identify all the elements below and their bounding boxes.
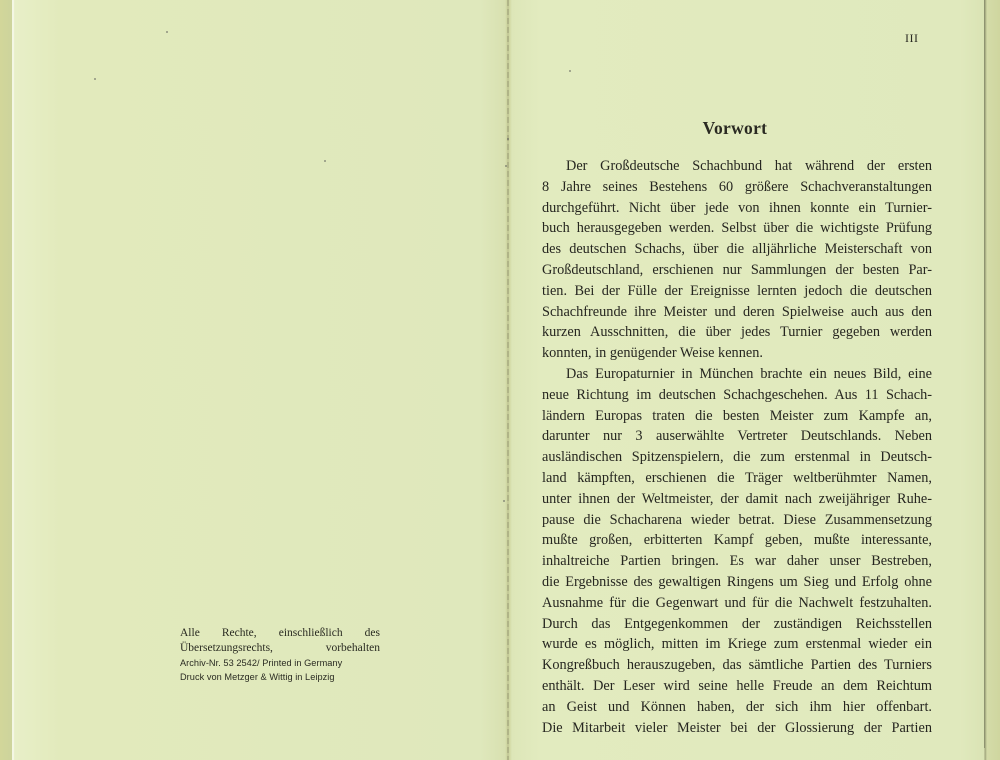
text-line: neue Richtung im deutschen Schachgescheh… bbox=[542, 385, 932, 406]
text-line: Großdeutschland, erschienen nur Sammlung… bbox=[542, 260, 932, 281]
text-line: darunter nur 3 auserwählte Vertreter Deu… bbox=[542, 426, 932, 447]
text-line: tien. Bei der Fülle der Ereignisse lernt… bbox=[542, 281, 932, 302]
text-line: enthält. Der Leser wird seine helle Freu… bbox=[542, 676, 932, 697]
page-title: Vorwort bbox=[509, 118, 961, 139]
right-page: III Vorwort Der Großdeutsche Schachbund … bbox=[509, 0, 984, 760]
page-edge-right bbox=[984, 0, 985, 748]
paper-speck bbox=[166, 31, 168, 33]
foreword-text: Der Großdeutsche Schachbund hat während … bbox=[542, 156, 932, 738]
paper-speck bbox=[94, 78, 96, 80]
page-number: III bbox=[905, 31, 919, 46]
text-line: kurzen Ausschnitten, die über jedes Turn… bbox=[542, 322, 932, 343]
text-line: an Geist und Können haben, der sich ihm … bbox=[542, 697, 932, 718]
text-line: mußte großen, erbitterten Kampf geben, m… bbox=[542, 530, 932, 551]
text-line: Der Großdeutsche Schachbund hat während … bbox=[542, 156, 932, 177]
book-spread: Alle Rechte, einschließlich des Übersetz… bbox=[0, 0, 1000, 760]
text-line: ausländischen Spitzenspielern, die zum e… bbox=[542, 447, 932, 468]
text-line: Schachfreunde ihre Meister und deren Spi… bbox=[542, 302, 932, 323]
text-line: Die Mitarbeit vieler Meister bei der Glo… bbox=[542, 718, 932, 739]
text-line: 8 Jahre seines Bestehens 60 größere Scha… bbox=[542, 177, 932, 198]
imprint-rights-line: Alle Rechte, einschließlich des bbox=[180, 626, 380, 641]
paper-speck bbox=[324, 160, 326, 162]
text-line: unter ihnen der Weltmeister, der damit n… bbox=[542, 489, 932, 510]
left-page: Alle Rechte, einschließlich des Übersetz… bbox=[14, 0, 507, 760]
text-line: buch herausgegeben werden. Selbst über d… bbox=[542, 218, 932, 239]
paper-speck bbox=[503, 500, 505, 502]
imprint-printer: Druck von Metzger & Wittig in Leipzig bbox=[180, 670, 380, 684]
text-line: land kämpften, erschienen die Träger wel… bbox=[542, 468, 932, 489]
paper-speck bbox=[569, 70, 571, 72]
paper-speck bbox=[507, 138, 509, 140]
text-line: pause die Schacharena wieder betrat. Die… bbox=[542, 510, 932, 531]
text-line: inhaltreiche Partien bringen. Es war dah… bbox=[542, 551, 932, 572]
text-line: des deutschen Schachs, über die alljährl… bbox=[542, 239, 932, 260]
copyright-imprint: Alle Rechte, einschließlich des Übersetz… bbox=[180, 626, 380, 684]
text-line: die Ergebnisse des gewaltigen Ringens um… bbox=[542, 572, 932, 593]
text-line: konnten, in genügender Weise kennen. bbox=[542, 343, 932, 364]
text-line: Ausnahme für die Gegenwart und für die N… bbox=[542, 593, 932, 614]
text-line: wurde es möglich, mitten im Kriege zum e… bbox=[542, 634, 932, 655]
text-line: Das Europaturnier in München brachte ein… bbox=[542, 364, 932, 385]
paper-speck bbox=[505, 165, 507, 167]
text-line: durchgeführt. Nicht über jede von ihnen … bbox=[542, 198, 932, 219]
text-line: Kongreßbuch herauszugeben, das sämtliche… bbox=[542, 655, 932, 676]
text-line: Durch das Entgegenkommen der zuständigen… bbox=[542, 614, 932, 635]
imprint-translation-line: Übersetzungsrechts, vorbehalten bbox=[180, 641, 380, 656]
imprint-archive-number: Archiv-Nr. 53 2542/ Printed in Germany bbox=[180, 656, 380, 670]
text-line: ländern Europas traten die besten Meiste… bbox=[542, 406, 932, 427]
